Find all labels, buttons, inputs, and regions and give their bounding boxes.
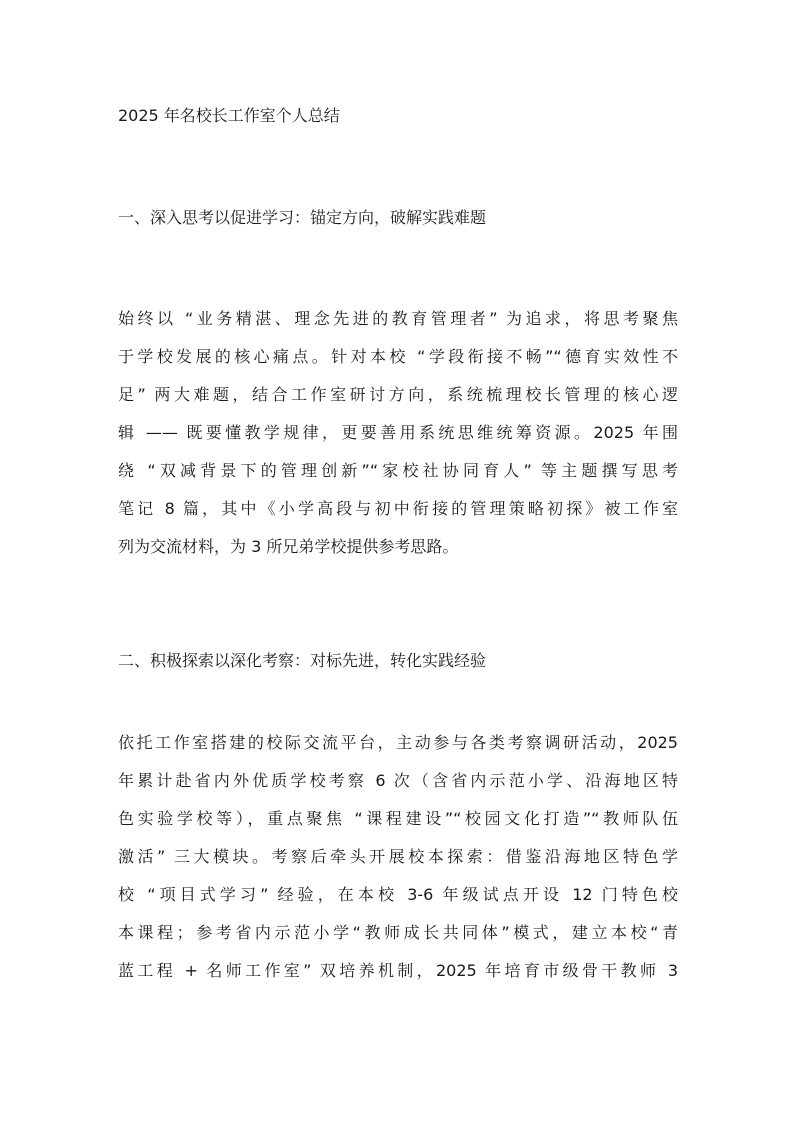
section-1-paragraph: 始终以 “业务精湛、理念先进的教育管理者” 为追求，将思考聚焦 于学校发展的核心… xyxy=(118,307,678,573)
paragraph-line: 足” 两大难题，结合工作室研讨方向，系统梳理校长管理的核心逻 xyxy=(118,383,678,421)
paragraph-line: 激活” 三大模块。考察后牵头开展校本探索：借鉴沿海地区特色学 xyxy=(118,845,678,883)
paragraph-line: 校 “项目式学习” 经验，在本校 3-6 年级试点开设 12 门特色校 xyxy=(118,883,678,921)
document-title: 2025 年名校长工作室个人总结 xyxy=(118,104,340,128)
paragraph-line: 绕 “双减背景下的管理创新”“家校社协同育人” 等主题撰写思考 xyxy=(118,459,678,497)
section-2-paragraph: 依托工作室搭建的校际交流平台，主动参与各类考察调研活动，2025 年累计赴省内外… xyxy=(118,731,678,997)
section-2-heading: 二、积极探索以深化考察：对标先进，转化实践经验 xyxy=(118,649,486,673)
paragraph-line: 色实验学校等），重点聚焦 “课程建设”“校园文化打造”“教师队伍 xyxy=(118,807,678,845)
paragraph-line: 笔记 8 篇，其中《小学高段与初中衔接的管理策略初探》被工作室 xyxy=(118,497,678,535)
paragraph-line: 依托工作室搭建的校际交流平台，主动参与各类考察调研活动，2025 xyxy=(118,731,678,769)
section-1-heading: 一、深入思考以促进学习：锚定方向，破解实践难题 xyxy=(118,206,486,230)
document-page: 2025 年名校长工作室个人总结 一、深入思考以促进学习：锚定方向，破解实践难题… xyxy=(0,0,793,1122)
paragraph-line: 年累计赴省内外优质学校考察 6 次（含省内示范小学、沿海地区特 xyxy=(118,769,678,807)
paragraph-line: 蓝工程 + 名师工作室” 双培养机制，2025 年培育市级骨干教师 3 xyxy=(118,959,678,997)
paragraph-line: 本课程；参考省内示范小学“教师成长共同体”模式，建立本校“青 xyxy=(118,921,678,959)
paragraph-line: 辑 —— 既要懂教学规律，更要善用系统思维统筹资源。2025 年围 xyxy=(118,421,678,459)
paragraph-line: 于学校发展的核心痛点。针对本校 “学段衔接不畅”“德育实效性不 xyxy=(118,345,678,383)
paragraph-line: 列为交流材料，为 3 所兄弟学校提供参考思路。 xyxy=(118,535,678,573)
paragraph-line: 始终以 “业务精湛、理念先进的教育管理者” 为追求，将思考聚焦 xyxy=(118,307,678,345)
